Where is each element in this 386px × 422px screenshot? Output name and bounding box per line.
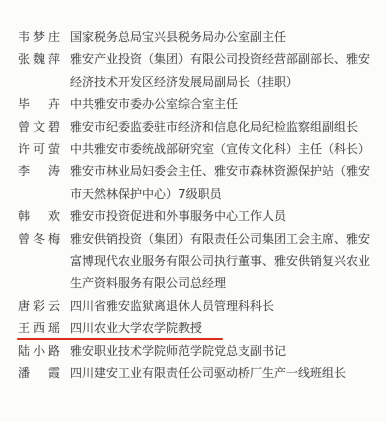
position-description: 雅安职业技术学院师范学院党总支副书记 [70,340,372,362]
position-line: 四川农业大学农学院教授 [70,317,372,339]
person-name: 王西瑶 [18,317,60,339]
position-line: 中共雅安市委统战部研究室（宣传文化科）主任（科长） [70,138,372,160]
person-name: 张魏萍 [18,48,60,93]
list-entry: 潘霞四川建安工业有限责任公司驱动桥厂生产一线班组长 [18,362,372,384]
position-line: 经济技术开发区经济发展局副局长（挂职） [70,71,372,93]
list-entry: 韩欢雅安市投资促进和外事服务中心工作人员 [18,205,372,227]
list-entry: 韦梦庄国家税务总局宝兴县税务局办公室副主任 [18,26,372,48]
position-description: 雅安市林业局妇委会主任、雅安市森林资源保护站（雅安市天然林保护中心）7级职员 [70,160,372,205]
position-line: 国家税务总局宝兴县税务局办公室副主任 [70,26,372,48]
person-name: 陆小路 [18,340,60,362]
position-description: 国家税务总局宝兴县税务局办公室副主任 [70,26,372,48]
position-description: 中共雅安市委统战部研究室（宣传文化科）主任（科长） [70,138,372,160]
person-name: 韩欢 [18,205,60,227]
position-description: 雅安产业投资（集团）有限公司投资经营部副部长、雅安经济技术开发区经济发展局副局长… [70,48,372,93]
document-page: 韦梦庄国家税务总局宝兴县税务局办公室副主任张魏萍雅安产业投资（集团）有限公司投资… [0,0,386,422]
position-description: 四川省雅安监狱离退休人员管理科科长 [70,295,372,317]
list-entry: 毕卉中共雅安市委办公室综合室主任 [18,93,372,115]
list-entry: 曾文碧雅安市纪委监委驻市经济和信息化局纪检监察组副组长 [18,116,372,138]
position-description: 中共雅安市委办公室综合室主任 [70,93,372,115]
list-entry: 唐彩云四川省雅安监狱离退休人员管理科科长 [18,295,372,317]
position-line: 四川建安工业有限责任公司驱动桥厂生产一线班组长 [70,362,372,384]
position-line: 雅安职业技术学院师范学院党总支副书记 [70,340,372,362]
list-entry: 陆小路雅安职业技术学院师范学院党总支副书记 [18,340,372,362]
position-line: 四川省雅安监狱离退休人员管理科科长 [70,295,372,317]
position-line: 雅安市投资促进和外事服务中心工作人员 [70,205,372,227]
position-line: 雅安供销投资（集团）有限责任公司集团工会主席、雅安 [70,228,372,250]
person-list: 韦梦庄国家税务总局宝兴县税务局办公室副主任张魏萍雅安产业投资（集团）有限公司投资… [18,26,372,385]
person-name: 许可萤 [18,138,60,160]
list-entry: 张魏萍雅安产业投资（集团）有限公司投资经营部副部长、雅安经济技术开发区经济发展局… [18,48,372,93]
person-name: 毕卉 [18,93,60,115]
position-description: 雅安供销投资（集团）有限责任公司集团工会主席、雅安富博现代农业服务有限公司执行董… [70,228,372,295]
position-line: 雅安产业投资（集团）有限公司投资经营部副部长、雅安 [70,48,372,70]
person-name: 曾文碧 [18,116,60,138]
person-name: 唐彩云 [18,295,60,317]
list-entry: 李涛雅安市林业局妇委会主任、雅安市森林资源保护站（雅安市天然林保护中心）7级职员 [18,160,372,205]
position-line: 市天然林保护中心）7级职员 [70,183,372,205]
position-line: 富博现代农业服务有限公司执行董事、雅安供销复兴农业 [70,250,372,272]
person-name: 曾冬梅 [18,228,60,295]
position-line: 雅安市林业局妇委会主任、雅安市森林资源保护站（雅安 [70,160,372,182]
list-entry: 曾冬梅雅安供销投资（集团）有限责任公司集团工会主席、雅安富博现代农业服务有限公司… [18,228,372,295]
person-name: 李涛 [18,160,60,205]
position-line: 雅安市纪委监委驻市经济和信息化局纪检监察组副组长 [70,116,372,138]
position-line: 生产资料服务有限公司总经理 [70,272,372,294]
position-line: 中共雅安市委办公室综合室主任 [70,93,372,115]
position-description: 雅安市投资促进和外事服务中心工作人员 [70,205,372,227]
person-name: 潘霞 [18,362,60,384]
position-description: 四川农业大学农学院教授 [70,317,372,339]
list-entry: 许可萤中共雅安市委统战部研究室（宣传文化科）主任（科长） [18,138,372,160]
position-description: 四川建安工业有限责任公司驱动桥厂生产一线班组长 [70,362,372,384]
person-name: 韦梦庄 [18,26,60,48]
list-entry: 王西瑶四川农业大学农学院教授 [18,317,372,339]
position-description: 雅安市纪委监委驻市经济和信息化局纪检监察组副组长 [70,116,372,138]
